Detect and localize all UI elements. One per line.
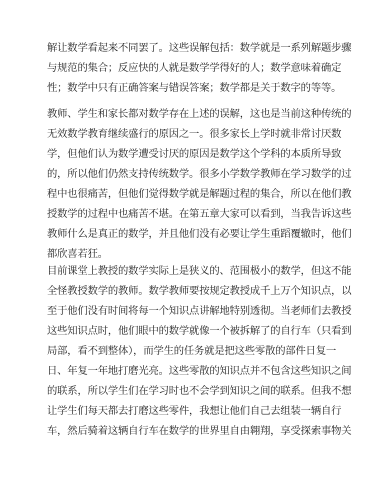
text-line: 无效数学教育继续盛行的原因之一。很多家长上学时就非常讨厌数 xyxy=(47,127,341,141)
text-line: 日、年复一年地打磨光亮。这些零散的知识点并不包含这些知识之间 xyxy=(47,364,351,378)
text-line: 全怪教授数学的教师。数学教师要按规定教授成千上万个知识点，以 xyxy=(47,284,351,298)
text-line: 解让数学看起来不同罢了。这些误解包括：数学就是一系列解题步骤 xyxy=(47,41,351,55)
text-line: 程中也很痛苦，但他们觉得数学就是解题过程的集合，所以在他们教 xyxy=(47,187,351,201)
text-line: 授数学的过程中也痛苦不堪。在第五章大家可以看到，当我告诉这些 xyxy=(47,207,351,221)
text-line: 让学生们每天都去打磨这些零件，我想让他们自己去组装一辆自行 xyxy=(47,404,341,418)
text-line: 教师什么是真正的数学，并且他们没有必要让学生重蹈覆辙时，他们 xyxy=(47,227,351,241)
text-line: 的，所以他们仍然支持传统数学。很多小学数学教师在学习数学的过 xyxy=(47,167,351,181)
text-line: 车，然后骑着这辆自行车在数学的世界里自由翱翔，享受探索事物关 xyxy=(47,424,351,438)
text-line: 这些知识点时，他们眼中的数学就像一个被拆解了的自行车（只看到 xyxy=(47,324,351,338)
text-line: 都欣喜若狂。 xyxy=(47,247,108,261)
text-line: 的联系，所以学生们在学习时也不会学到知识之间的联系。但我不想 xyxy=(47,384,351,398)
text-line: 局部，看不到整体），而学生的任务就是把这些零散的部件日复一 xyxy=(47,344,336,358)
text-line: 性；数学中只有正确答案与错误答案；数学都是关于数字的等等。 xyxy=(47,81,341,95)
text-line: 目前课堂上教授的数学实际上是狭义的、范围极小的数学，但这不能 xyxy=(47,264,351,278)
document-page: 解让数学看起来不同罢了。这些误解包括：数学就是一系列解题步骤 与规范的集合；反应… xyxy=(0,0,370,480)
text-line: 教师、学生和家长都对数学存在上述的误解，这也是当前这种传统的 xyxy=(47,107,351,121)
text-line: 学，但他们认为数学遭受讨厌的原因是数学这个学科的本质所导致 xyxy=(47,147,341,161)
text-line: 与规范的集合；反应快的人就是数学学得好的人；数学意味着确定 xyxy=(47,61,341,75)
text-line: 至于他们没有时间将每一个知识点讲解地特别透彻。当老师们去教授 xyxy=(47,304,351,318)
